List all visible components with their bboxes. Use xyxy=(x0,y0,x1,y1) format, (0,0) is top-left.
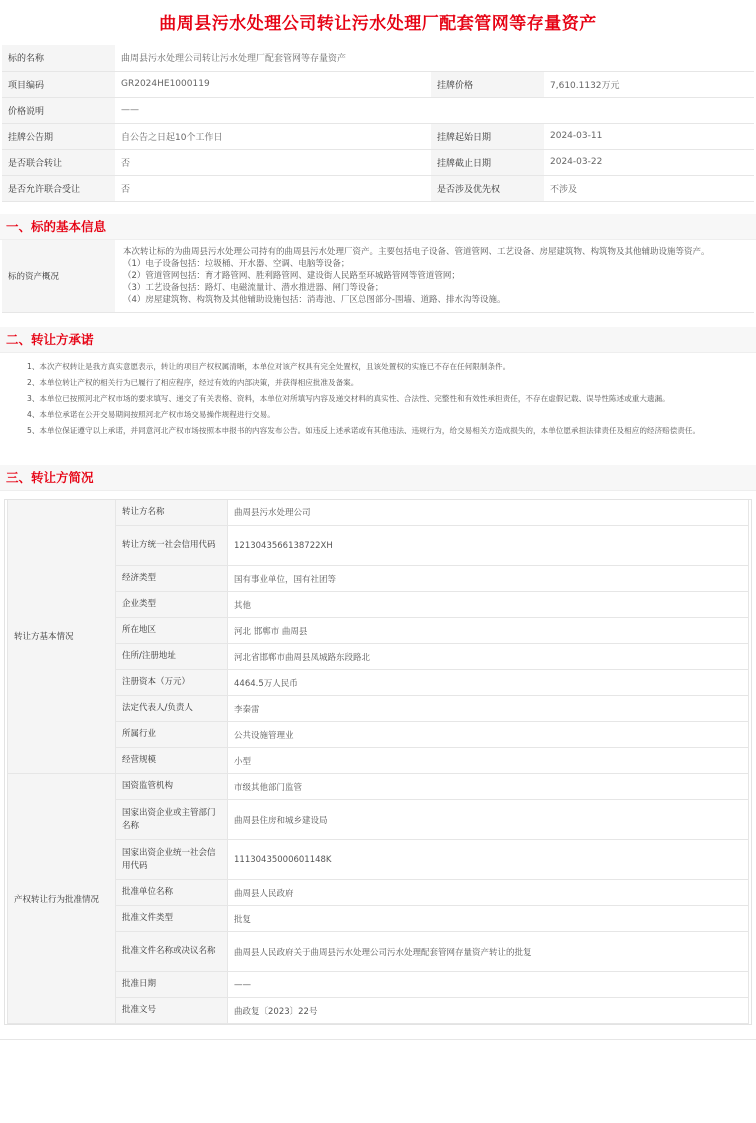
commitment-item: 2、本单位转让产权的相关行为已履行了相应程序，经过有效的内部决策，并获得相应批准… xyxy=(8,377,748,389)
field-label: 批准文件名称或决议名称 xyxy=(116,932,228,972)
table-row: 转让方基本情况 转让方名称 曲周县污水处理公司 xyxy=(8,500,749,526)
field-label: 所属行业 xyxy=(116,722,228,748)
table-row: 产权转让行为批准情况 国资监管机构 市级其他部门监管 xyxy=(8,774,749,800)
transferor-table: 转让方基本情况 转让方名称 曲周县污水处理公司 转让方统一社会信用代码 1213… xyxy=(7,500,749,1025)
overview-label: 挂牌起始日期 xyxy=(431,123,544,149)
field-value: 4464.5万人民币 xyxy=(228,670,749,696)
section-heading-transferor: 三、转让方简况 xyxy=(0,465,756,491)
overview-value: 不涉及 xyxy=(544,175,754,201)
table-row: 是否允许联合受让 否 是否涉及优先权 不涉及 xyxy=(2,175,754,201)
overview-value: —— xyxy=(115,97,754,123)
table-row: 批准文号 曲政复〔2023〕22号 xyxy=(8,998,749,1024)
table-row: 经营规模 小型 xyxy=(8,748,749,774)
overview-label: 价格说明 xyxy=(2,97,115,123)
field-value: 批复 xyxy=(228,906,749,932)
table-row: 批准日期 —— xyxy=(8,972,749,998)
overview-value: 2024-03-11 xyxy=(544,123,754,149)
footer-divider xyxy=(0,1039,756,1049)
field-value: 曲周县人民政府关于曲周县污水处理公司污水处理配套管网存量资产转让的批复 xyxy=(228,932,749,972)
table-row: 住所/注册地址 河北省邯郸市曲周县凤城路东段路北 xyxy=(8,644,749,670)
field-value: 其他 xyxy=(228,592,749,618)
table-row: 所属行业 公共设施管理业 xyxy=(8,722,749,748)
overview-label: 挂牌公告期 xyxy=(2,123,115,149)
asset-overview-text: 本次转让标的为曲周县污水处理公司持有的曲周县污水处理厂资产。主要包括电子设备、管… xyxy=(115,240,754,313)
field-value: 曲周县污水处理公司 xyxy=(228,500,749,526)
table-row: 标的资产概况 本次转让标的为曲周县污水处理公司持有的曲周县污水处理厂资产。主要包… xyxy=(2,240,754,313)
commitments-list: 1、本次产权转让是我方真实意愿表示，转让的项目产权权属清晰，本单位对该产权具有完… xyxy=(0,353,756,447)
table-row: 转让方统一社会信用代码 1213043566138722XH xyxy=(8,526,749,566)
overview-label: 挂牌价格 xyxy=(431,71,544,97)
overview-value: 2024-03-22 xyxy=(544,149,754,175)
field-label: 国家出资企业或主管部门名称 xyxy=(116,800,228,840)
field-label: 经济类型 xyxy=(116,566,228,592)
section-heading-basic-info: 一、标的基本信息 xyxy=(0,214,756,240)
field-value: 1213043566138722XH xyxy=(228,526,749,566)
field-value: 曲周县人民政府 xyxy=(228,880,749,906)
asset-line: （2）管道管网包括：育才路管网、胜利路管网、建设街人民路至环城路管网等管道管网； xyxy=(123,270,746,282)
table-row: 价格说明 —— xyxy=(2,97,754,123)
overview-value: 7,610.1132万元 xyxy=(544,71,754,97)
transferor-table-wrap: 转让方基本情况 转让方名称 曲周县污水处理公司 转让方统一社会信用代码 1213… xyxy=(4,499,752,1026)
page: 曲周县污水处理公司转让污水处理厂配套管网等存量资产 标的名称 曲周县污水处理公司… xyxy=(0,0,756,1055)
commitment-item: 1、本次产权转让是我方真实意愿表示，转让的项目产权权属清晰，本单位对该产权具有完… xyxy=(8,361,748,373)
group-label-approval: 产权转让行为批准情况 xyxy=(8,774,116,1024)
overview-value: 曲周县污水处理公司转让污水处理厂配套管网等存量资产 xyxy=(115,45,754,71)
field-label: 所在地区 xyxy=(116,618,228,644)
commitment-item: 4、本单位承诺在公开交易期间按照河北产权市场交易操作规程进行交易。 xyxy=(8,409,748,421)
table-row: 经济类型 国有事业单位，国有社团等 xyxy=(8,566,749,592)
field-value: —— xyxy=(228,972,749,998)
table-row: 标的名称 曲周县污水处理公司转让污水处理厂配套管网等存量资产 xyxy=(2,45,754,71)
overview-label: 是否涉及优先权 xyxy=(431,175,544,201)
field-label: 转让方统一社会信用代码 xyxy=(116,526,228,566)
field-label: 批准文件类型 xyxy=(116,906,228,932)
field-label: 住所/注册地址 xyxy=(116,644,228,670)
page-title: 曲周县污水处理公司转让污水处理厂配套管网等存量资产 xyxy=(0,0,756,45)
asset-line: 本次转让标的为曲周县污水处理公司持有的曲周县污水处理厂资产。主要包括电子设备、管… xyxy=(123,246,746,258)
field-value: 李秦雷 xyxy=(228,696,749,722)
field-label: 批准文号 xyxy=(116,998,228,1024)
table-row: 所在地区 河北 邯郸市 曲周县 xyxy=(8,618,749,644)
section-heading-commitments: 二、转让方承诺 xyxy=(0,327,756,353)
group-label-basic: 转让方基本情况 xyxy=(8,500,116,774)
field-label: 法定代表人/负责人 xyxy=(116,696,228,722)
table-row: 企业类型 其他 xyxy=(8,592,749,618)
field-label: 批准单位名称 xyxy=(116,880,228,906)
field-label: 注册资本（万元） xyxy=(116,670,228,696)
table-row: 批准文件类型 批复 xyxy=(8,906,749,932)
field-value: 河北省邯郸市曲周县凤城路东段路北 xyxy=(228,644,749,670)
field-value: 市级其他部门监管 xyxy=(228,774,749,800)
overview-value: 否 xyxy=(115,175,431,201)
table-row: 注册资本（万元） 4464.5万人民币 xyxy=(8,670,749,696)
overview-value: 否 xyxy=(115,149,431,175)
table-row: 是否联合转让 否 挂牌截止日期 2024-03-22 xyxy=(2,149,754,175)
asset-overview-label: 标的资产概况 xyxy=(2,240,115,313)
commitment-item: 5、本单位保证遵守以上承诺，并同意河北产权市场按照本申报书的内容发布公告。如违反… xyxy=(8,425,748,437)
overview-label: 标的名称 xyxy=(2,45,115,71)
overview-value: 自公告之日起10个工作日 xyxy=(115,123,431,149)
overview-label: 是否联合转让 xyxy=(2,149,115,175)
field-value: 小型 xyxy=(228,748,749,774)
field-value: 曲政复〔2023〕22号 xyxy=(228,998,749,1024)
table-row: 批准文件名称或决议名称 曲周县人民政府关于曲周县污水处理公司污水处理配套管网存量… xyxy=(8,932,749,972)
field-label: 企业类型 xyxy=(116,592,228,618)
asset-line: （1）电子设备包括：垃圾桶、开水器、空调、电脑等设备； xyxy=(123,258,746,270)
field-label: 转让方名称 xyxy=(116,500,228,526)
table-row: 挂牌公告期 自公告之日起10个工作日 挂牌起始日期 2024-03-11 xyxy=(2,123,754,149)
field-value: 11130435000601148K xyxy=(228,840,749,880)
overview-label: 是否允许联合受让 xyxy=(2,175,115,201)
overview-value: GR2024HE1000119 xyxy=(115,71,431,97)
table-row: 项目编码 GR2024HE1000119 挂牌价格 7,610.1132万元 xyxy=(2,71,754,97)
asset-overview-table: 标的资产概况 本次转让标的为曲周县污水处理公司持有的曲周县污水处理厂资产。主要包… xyxy=(2,240,754,313)
field-label: 国家出资企业统一社会信用代码 xyxy=(116,840,228,880)
table-row: 国家出资企业统一社会信用代码 11130435000601148K xyxy=(8,840,749,880)
field-label: 批准日期 xyxy=(116,972,228,998)
field-label: 国资监管机构 xyxy=(116,774,228,800)
field-value: 曲周县住房和城乡建设局 xyxy=(228,800,749,840)
field-value: 国有事业单位，国有社团等 xyxy=(228,566,749,592)
field-value: 河北 邯郸市 曲周县 xyxy=(228,618,749,644)
asset-line: （3）工艺设备包括：路灯、电磁流量计、潜水推进器、闸门等设备； xyxy=(123,282,746,294)
overview-label: 项目编码 xyxy=(2,71,115,97)
table-row: 批准单位名称 曲周县人民政府 xyxy=(8,880,749,906)
field-value: 公共设施管理业 xyxy=(228,722,749,748)
overview-table: 标的名称 曲周县污水处理公司转让污水处理厂配套管网等存量资产 项目编码 GR20… xyxy=(2,45,754,202)
field-label: 经营规模 xyxy=(116,748,228,774)
asset-line: （4）房屋建筑物、构筑物及其他辅助设施包括：消毒池、厂区总图部分-围墙、道路、排… xyxy=(123,294,746,306)
commitment-item: 3、本单位已按照河北产权市场的要求填写、递交了有关表格、资料，本单位对所填写内容… xyxy=(8,393,748,405)
table-row: 法定代表人/负责人 李秦雷 xyxy=(8,696,749,722)
table-row: 国家出资企业或主管部门名称 曲周县住房和城乡建设局 xyxy=(8,800,749,840)
overview-label: 挂牌截止日期 xyxy=(431,149,544,175)
